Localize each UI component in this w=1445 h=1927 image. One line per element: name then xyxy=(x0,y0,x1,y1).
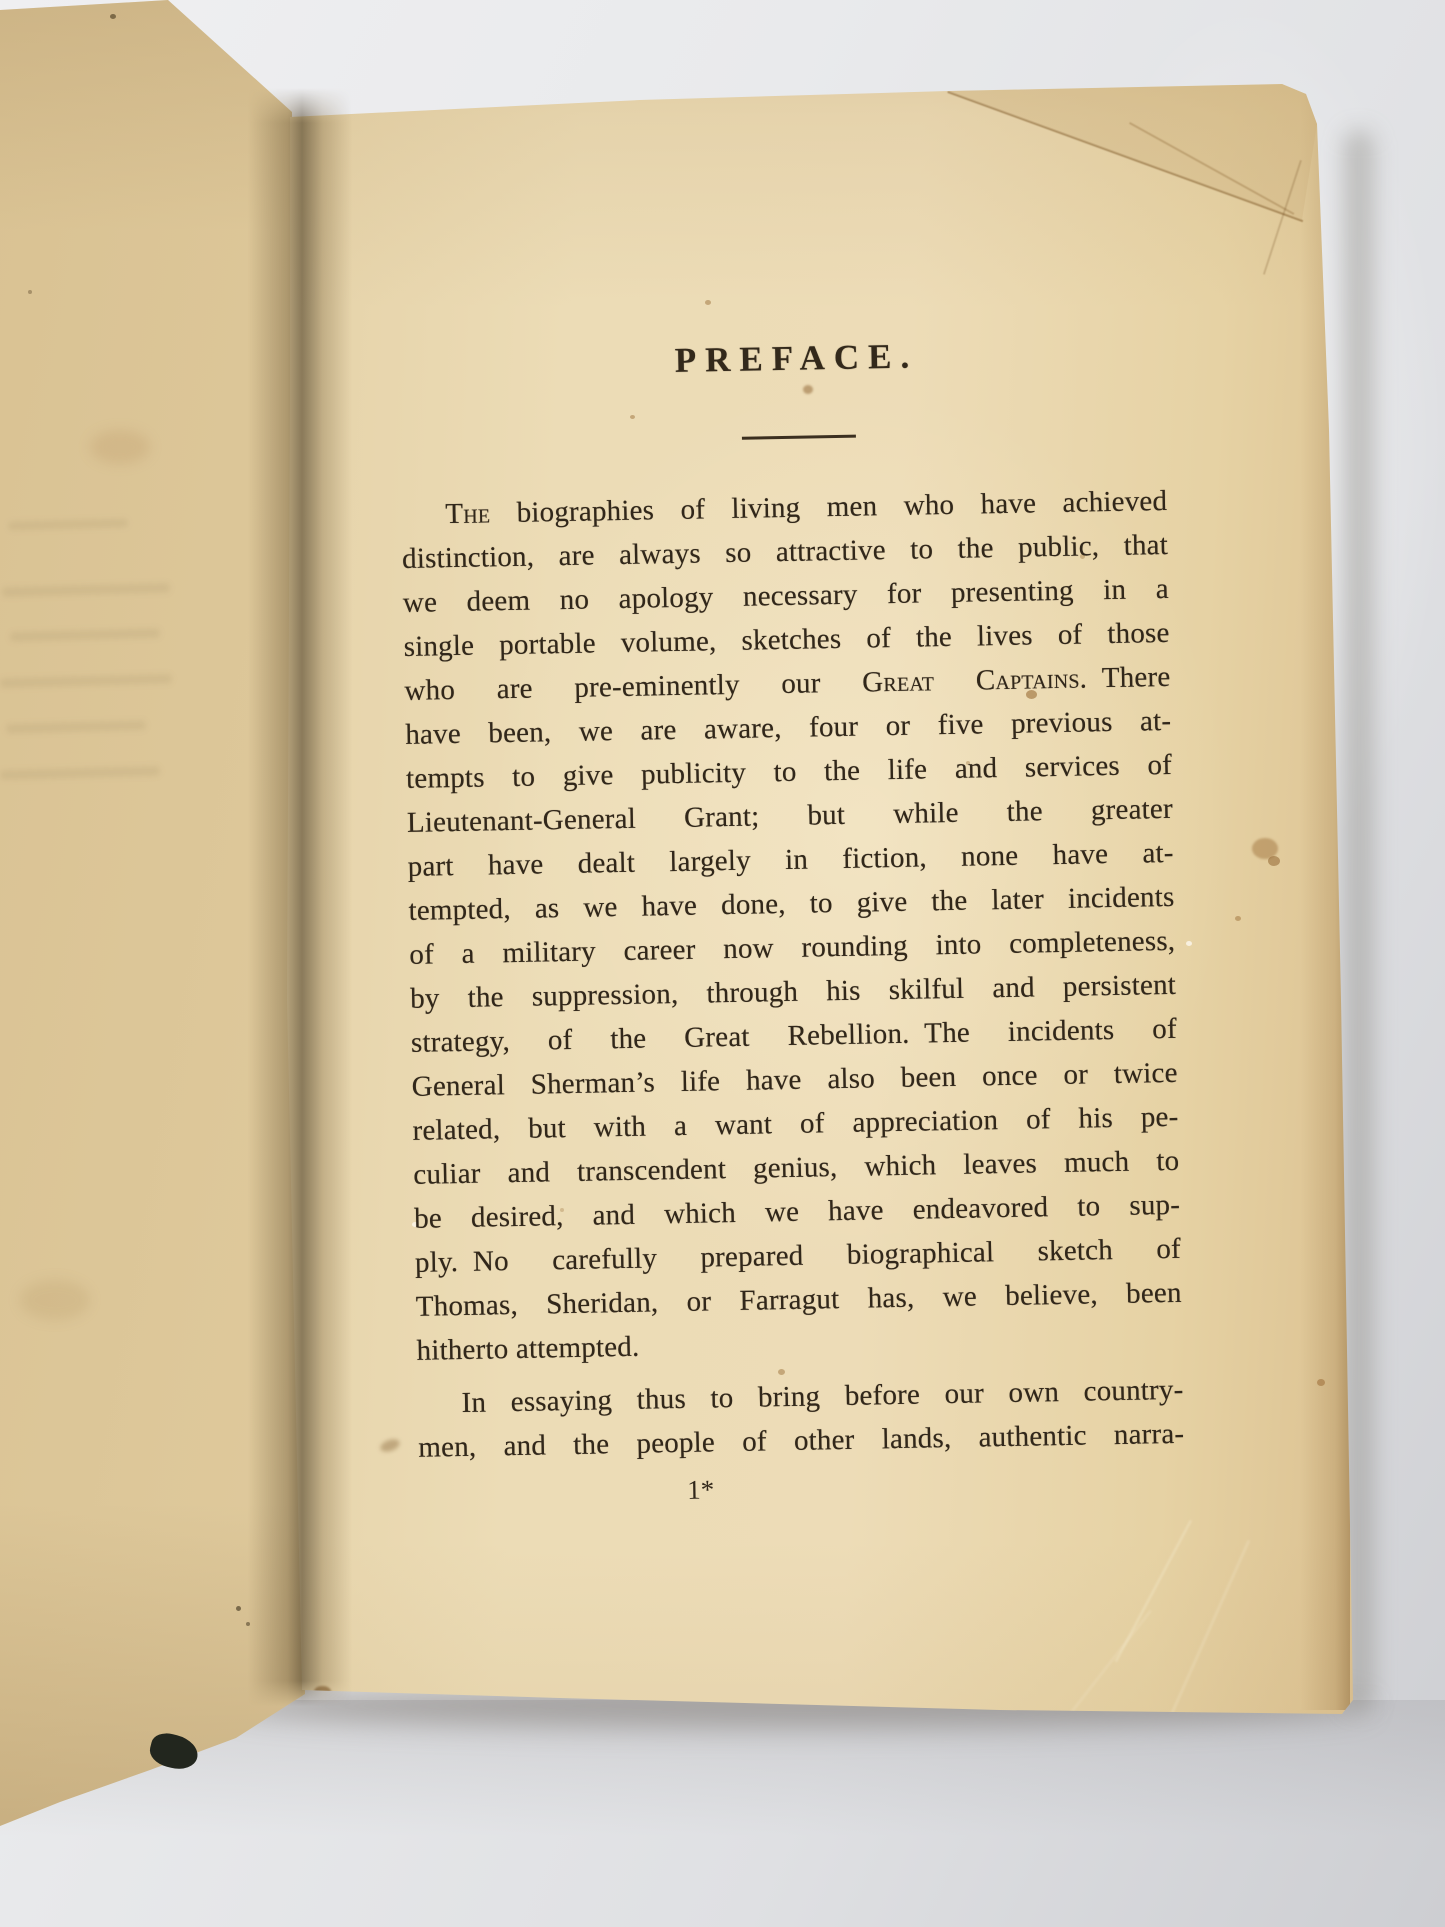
foxing-spot xyxy=(28,290,32,294)
book-photo: PREFACE. The biographies of living men w… xyxy=(0,0,1445,1927)
foxing-spot xyxy=(246,1622,250,1626)
foxing-spot xyxy=(705,300,711,305)
foxing-spot xyxy=(236,1606,241,1611)
preface-paragraph: In essaying thus to bring before our own… xyxy=(417,1368,1184,1470)
heading-divider xyxy=(742,435,856,440)
foxing-spot xyxy=(1235,916,1241,921)
foxing-spot xyxy=(1268,856,1280,866)
foxing-spot xyxy=(90,430,150,464)
foxing-spot xyxy=(110,14,116,19)
preface-body: The biographies of living men who have a… xyxy=(401,479,1185,1470)
paper-fleck xyxy=(1186,941,1192,946)
foxing-spot xyxy=(20,1280,90,1320)
page-content: PREFACE. The biographies of living men w… xyxy=(398,322,1185,1515)
preface-heading: PREFACE. xyxy=(428,322,1165,395)
preface-paragraph: The biographies of living men who have a… xyxy=(401,479,1183,1373)
foxing-spot xyxy=(1317,1379,1325,1386)
